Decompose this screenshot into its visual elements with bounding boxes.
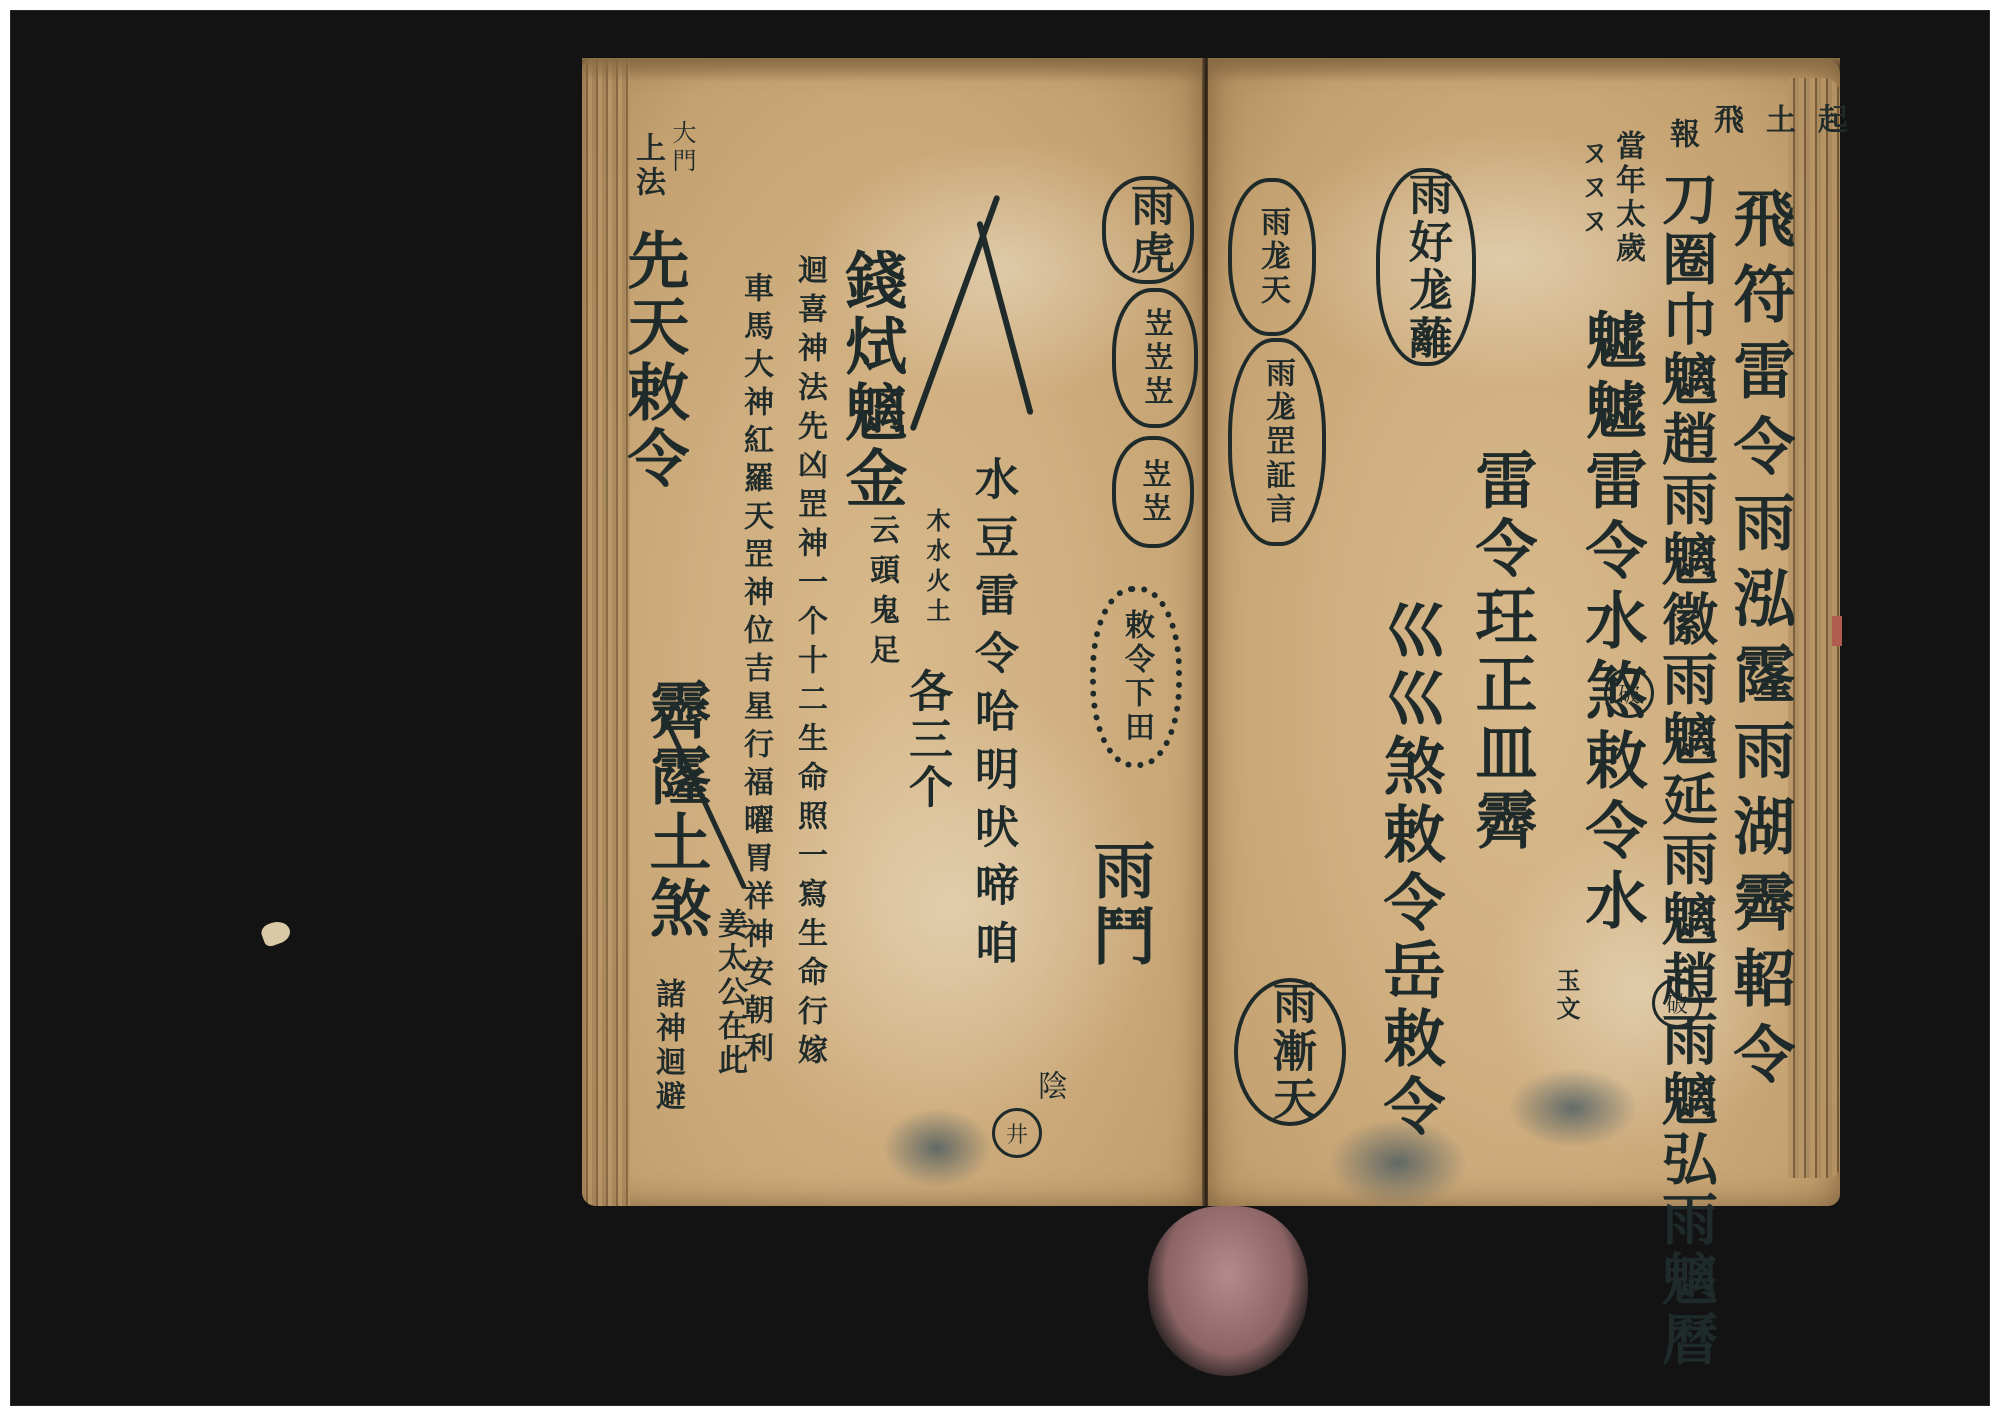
left-page-top-edge [582,58,1204,82]
column-yun-tou-gui-zu: 云頭鬼足 [866,514,896,674]
ink-blot [882,1108,992,1188]
column-qian: 錢烒魑金 [840,248,902,512]
seal-text: 岦岦 [1138,458,1168,526]
seal-text: 岦岦岦 [1140,307,1170,409]
seal-text: 雨虎 [1126,182,1170,278]
holding-thumb [1148,1206,1308,1376]
talisman-seal: 雨漸天 [1234,978,1346,1126]
column-marks: ㄡㄡㄡ [1576,136,1606,238]
seal-text: 雨漸天 [1268,980,1312,1124]
column-wu-xing: 木水火土 [924,508,948,628]
circled-mark-po: 破 [1604,668,1654,718]
header-qi-tu: 飛土起 [1714,106,1870,136]
talisman-seal: 雨虎 [1102,176,1194,284]
column-yu-wen: 玉文 [1554,968,1578,1024]
talisman-seal-wavy: 敕令下田 [1090,586,1182,768]
column-shui-dou-lei-ling: 水豆雷令哈明吠啼咱 [970,456,1014,978]
column-lei-ling-shui-sha: 魖魖雷令水煞敕令水 [1580,308,1642,938]
circled-mark-po: 破 [1652,978,1702,1028]
talisman-seal: 雨好尨蘺 [1376,168,1476,366]
column-yin: 陰 [1034,1070,1064,1104]
column-dang-nian-tai-sui: 當年太歲 [1612,130,1642,266]
left-page: 大門 上法 先天敕令 霽霳土煞 諸神迴避 姜太公在此 車馬大神紅羅天罡神位吉星行… [582,58,1204,1206]
column-dao-quan-jin: 刀圈巾魑趙雨魑徽雨魑延雨魑趙雨魑弘雨魑曆 [1658,170,1714,1370]
column-xian-tian-chi-ling: 先天敕令 [622,228,684,492]
talisman-seal: 岦岦岦 [1112,288,1198,428]
seal-text: 敕令下田 [1121,609,1151,745]
column-zhu-shen-hui-bi: 諸神迴避 [652,978,682,1114]
column-tu-sha: 霽霳土煞 [644,678,706,942]
open-manuscript: 大門 上法 先天敕令 霽霳土煞 諸神迴避 姜太公在此 車馬大神紅羅天罡神位吉星行… [582,58,1840,1206]
column-che-ma-da-shen: 車馬大神紅羅天罡神位吉星行福曜胃祥神安朝利 [740,272,770,1070]
column-ge-san-ge: 各三个 [904,668,948,812]
column-lei-ling-jue: 雷令玨正皿霽 [1470,448,1532,856]
column-hui-xi-shen: 迴喜神法先凶罡神一个十二生命照一寫生命行嫁 [794,254,824,1073]
column-shang-fa: 上法 [632,132,662,200]
column-fei-fu-lei-ling: 飛符雷令雨泓霳雨湖霽軺令 [1728,186,1790,1098]
column-yu-dou: 雨鬥 [1088,838,1150,970]
seal-text: 雨尨罡証言 [1262,357,1292,527]
column-sha-chi-ling: 巛巛煞敕令岳敕令 [1378,598,1440,1142]
header-char: 起 [1818,103,1870,138]
ink-blot [1508,1068,1638,1148]
header-char: 土 [1766,103,1818,138]
seal-text: 雨尨天 [1257,206,1287,308]
circled-mark: 井 [992,1108,1042,1158]
right-page-top-edge [1208,58,1840,82]
column-da-men: 大門 [670,120,694,176]
red-bookmark-tab [1832,616,1842,646]
seal-text: 雨好尨蘺 [1404,171,1448,363]
talisman-seal: 雨尨罡証言 [1228,338,1326,546]
header-char: 飛 [1714,103,1766,138]
right-page: 飛土起 報 飛符雷令雨泓霳雨湖霽軺令 刀圈巾魑趙雨魑徽雨魑延雨魑趙雨魑弘雨魑曆 … [1208,58,1840,1206]
header-bao: 報 [1666,118,1696,152]
talisman-seal: 岦岦 [1112,436,1194,548]
talisman-seal: 雨尨天 [1228,178,1316,336]
